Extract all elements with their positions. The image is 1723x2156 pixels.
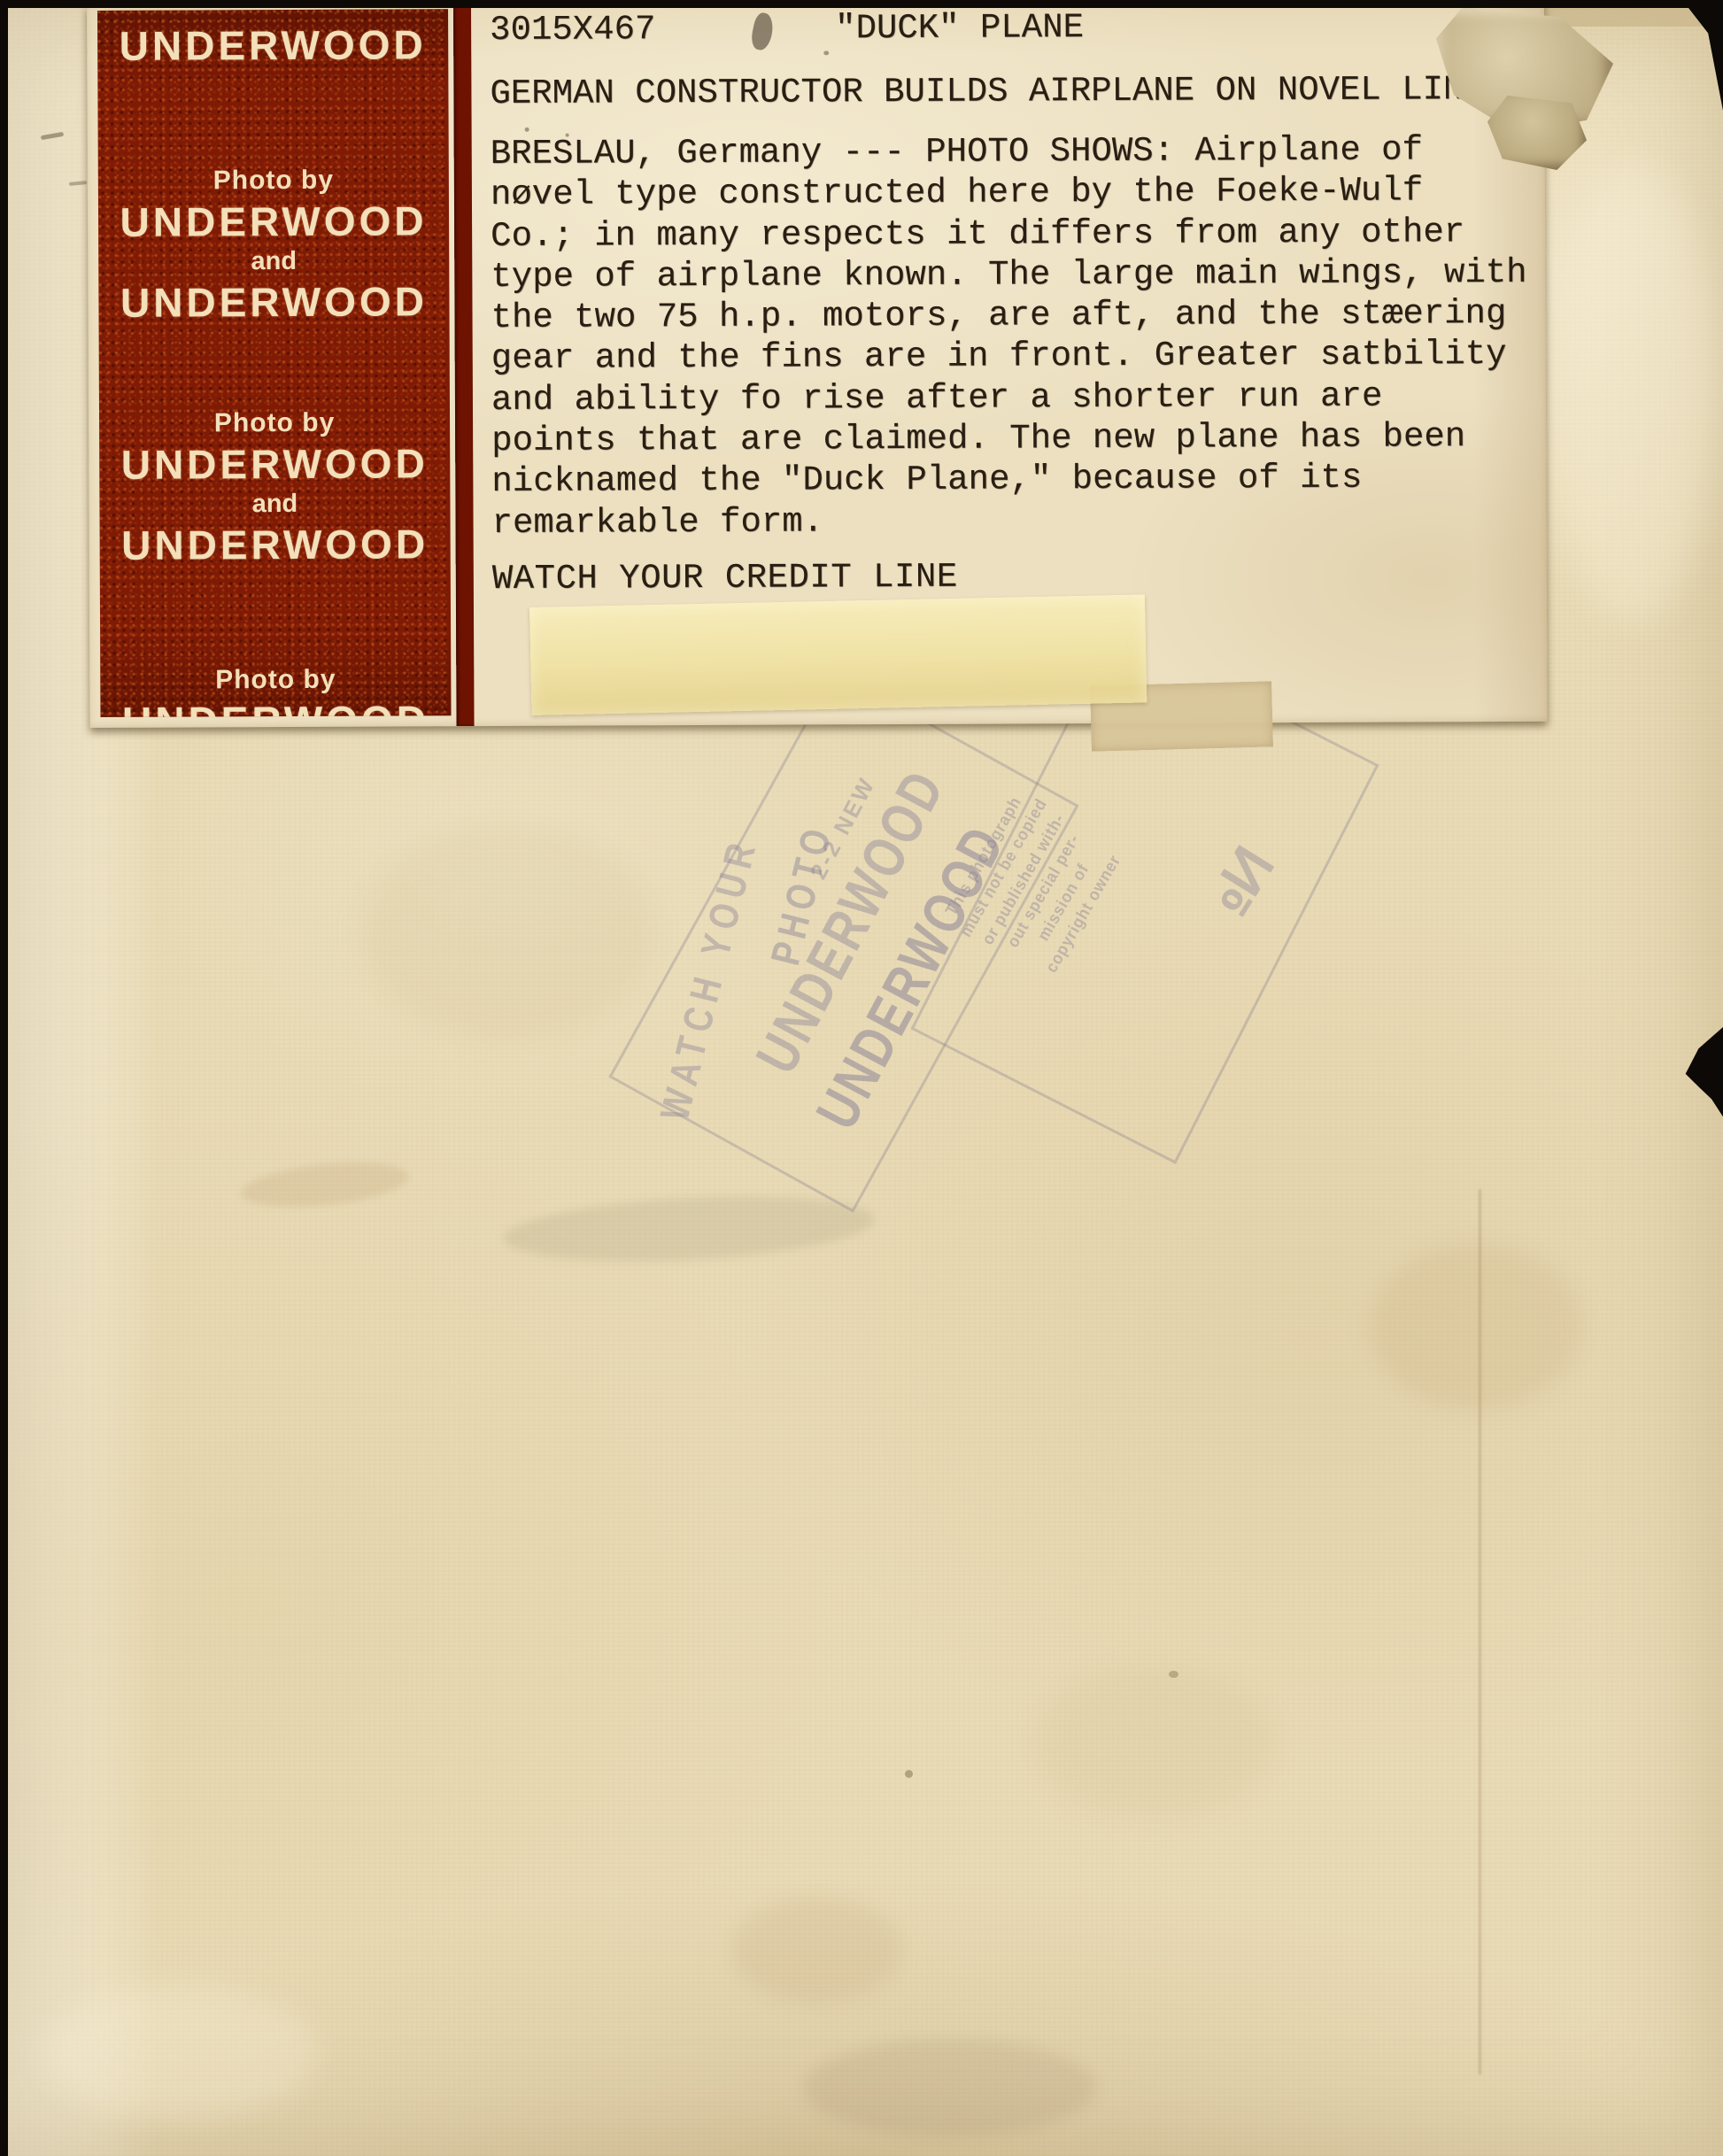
underwood-credit-strip: UNDERWOOD Photo by UNDERWOOD and UNDERWO… (97, 9, 451, 717)
tape-strip (529, 594, 1147, 715)
caption-header-row: 3015X467 "DUCK" PLANE (490, 6, 1539, 50)
scanned-photo-back: WATCH YOUR PHOTO UNDERWOOD UNDERWOOD 2-2… (0, 0, 1723, 2156)
ink-speck (525, 128, 529, 132)
text-line: BRESLAU, Germany --- PHOTO SHOWS: Airpla… (491, 130, 1526, 175)
scan-edge-top (0, 0, 1723, 8)
text-line: and ability fo rise after a shorter run … (491, 376, 1527, 421)
text-line: gear and the fins are in front. Greater … (491, 335, 1527, 380)
strip-credit-block: Photo by UNDERWOOD (100, 664, 451, 717)
caption-headline: GERMAN CONSTRUCTOR BUILDS AIRPLANE ON NO… (490, 70, 1505, 113)
strip-and-label: and (98, 246, 449, 277)
text-line: Co.; in many respects it differs from an… (491, 213, 1526, 258)
strip-underwood-word: UNDERWOOD (98, 277, 449, 327)
strip-photo-by-label: Photo by (99, 407, 450, 439)
photo-number: 3015X467 (490, 10, 655, 50)
text-line: nøvel type constructed here by the Foeke… (491, 171, 1526, 216)
ink-speck (566, 134, 569, 137)
text-line: nicknamed the "Duck Plane," because of i… (491, 458, 1527, 503)
photo-slug-title: "DUCK" PLANE (835, 8, 1084, 48)
strip-photo-by-label: Photo by (100, 664, 451, 696)
credit-warning-line: WATCH YOUR CREDIT LINE (492, 558, 958, 599)
strip-credit-block: Photo by UNDERWOOD and UNDERWOOD (98, 165, 450, 328)
text-line: points that are claimed. The new plane h… (491, 417, 1527, 462)
text-line: remarkable form. (491, 499, 1527, 545)
strip-underwood-word: UNDERWOOD (99, 439, 450, 489)
strip-credit-block: Photo by UNDERWOOD and UNDERWOOD (99, 407, 451, 571)
text-line: type of airplane known. The large main w… (491, 253, 1526, 298)
strip-and-label: and (99, 489, 450, 520)
text-line: the two 75 h.p. motors, are aft, and the… (491, 294, 1526, 339)
strip-underwood-word: UNDERWOOD (100, 520, 451, 569)
ink-speck (823, 50, 829, 55)
strip-underwood-word: UNDERWOOD (98, 197, 449, 246)
caption-body-text: BRESLAU, Germany --- PHOTO SHOWS: Airpla… (491, 130, 1528, 545)
maroon-divider-bar (453, 4, 475, 726)
scan-edge-left (0, 0, 8, 2156)
strip-underwood-word: UNDERWOOD (100, 696, 451, 717)
strip-photo-by-label: Photo by (98, 165, 449, 197)
strip-underwood-word: UNDERWOOD (97, 20, 448, 70)
